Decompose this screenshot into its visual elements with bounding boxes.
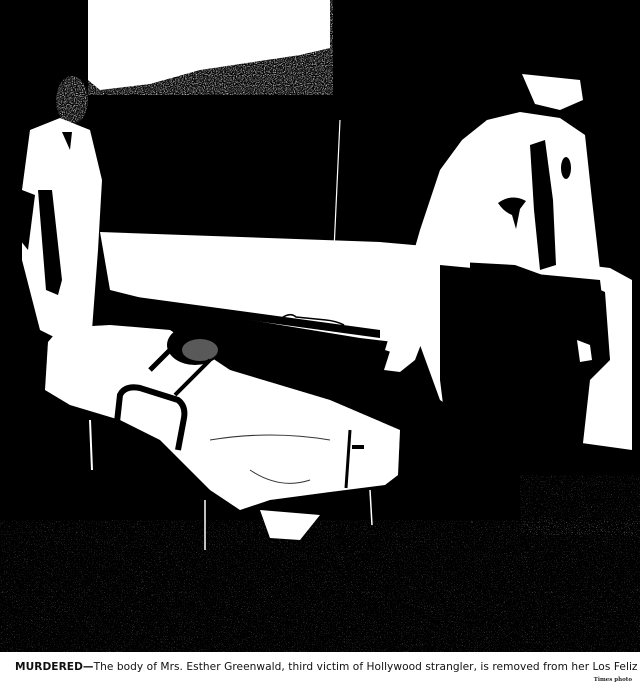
news-photo (0, 0, 640, 652)
caption-dash: — (83, 661, 94, 673)
sky-region (88, 0, 333, 95)
caption-line: MURDERED—The body of Mrs. Esther Greenwa… (15, 661, 640, 673)
photo-credit: Times photo (594, 677, 632, 683)
caption-lead: MURDERED (15, 661, 83, 673)
photo-caption: MURDERED—The body of Mrs. Esther Greenwa… (0, 652, 640, 689)
caption-text: The body of Mrs. Esther Greenwald, third… (94, 661, 640, 673)
